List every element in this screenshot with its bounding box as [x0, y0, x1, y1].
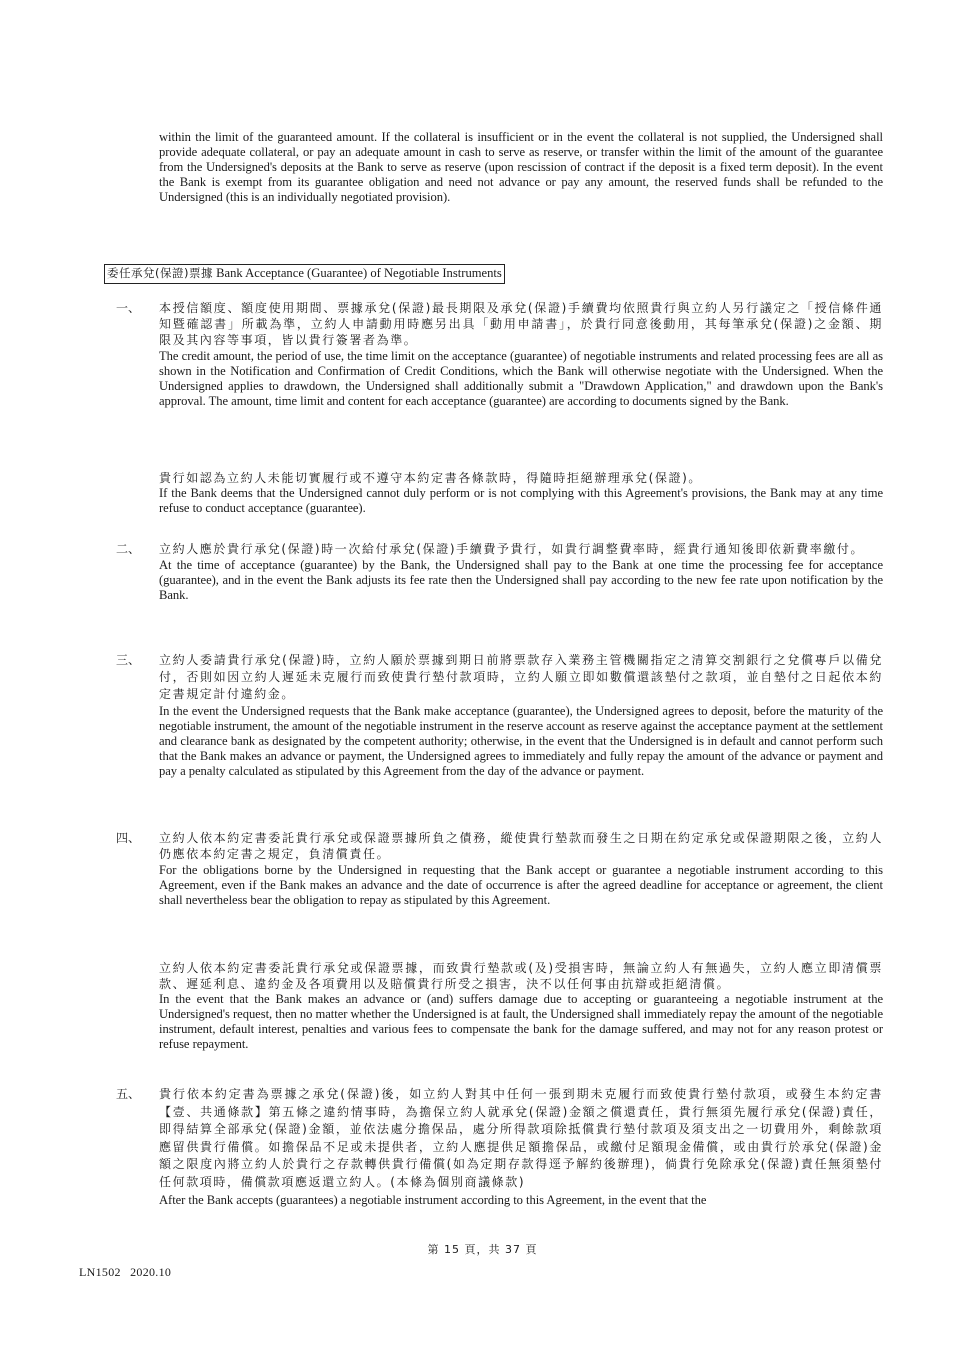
clause-item-2: 二、 立約人應於貴行承兌(保證)時一次給付承兌(保證)手續費予貴行，如貴行調整費…	[116, 541, 883, 603]
document-page: within the limit of the guaranteed amoun…	[0, 0, 965, 1365]
clause-text-en: For the obligations borne by the Undersi…	[159, 863, 883, 908]
section-heading-en: Bank Acceptance (Guarantee) of Negotiabl…	[216, 266, 502, 280]
page-indicator: 第 15 頁，共 37 頁	[0, 1241, 965, 1257]
clause-item-5: 五、 貴行依本約定書為票據之承兌(保證)後，如立約人對其中任何一張到期未克履行而…	[116, 1086, 883, 1208]
clause-text-en: The credit amount, the period of use, th…	[159, 349, 883, 409]
clause-text-zh: 立約人委請貴行承兌(保證)時，立約人願於票據到期日前將票款存入業務主管機關指定之…	[159, 652, 883, 703]
section-heading: 委任承兌(保證)票據 Bank Acceptance (Guarantee) o…	[104, 264, 505, 284]
clause-text-en: After the Bank accepts (guarantees) a ne…	[159, 1193, 883, 1208]
clause-text-zh: 貴行依本約定書為票據之承兌(保證)後，如立約人對其中任何一張到期未克履行而致使貴…	[159, 1086, 883, 1191]
clause-subparagraph-1: 貴行如認為立約人未能切實履行或不遵守本約定書各條款時，得隨時拒絕辦理承兌(保證)…	[159, 470, 883, 516]
section-heading-zh: 委任承兌(保證)票據	[107, 266, 213, 280]
subparagraph-text-en: If the Bank deems that the Undersigned c…	[159, 486, 883, 516]
clause-text-zh: 立約人應於貴行承兌(保證)時一次給付承兌(保證)手續費予貴行，如貴行調整費率時，…	[159, 541, 883, 557]
clause-item-4: 四、 立約人依本約定書委託貴行承兌或保證票據所負之債務，縱使貴行墊款而發生之日期…	[116, 830, 883, 908]
clause-text-zh: 立約人依本約定書委託貴行承兌或保證票據所負之債務，縱使貴行墊款而發生之日期在約定…	[159, 830, 883, 862]
clause-item-3: 三、 立約人委請貴行承兌(保證)時，立約人願於票據到期日前將票款存入業務主管機關…	[116, 652, 883, 779]
form-code-footer: LN1502 2020.10	[79, 1265, 171, 1280]
subparagraph-text-zh: 貴行如認為立約人未能切實履行或不遵守本約定書各條款時，得隨時拒絕辦理承兌(保證)…	[159, 470, 883, 486]
clause-subparagraph-4: 立約人依本約定書委託貴行承兌或保證票據，而致貴行墊款或(及)受損害時，無論立約人…	[159, 960, 883, 1052]
version-date: 2020.10	[130, 1265, 171, 1279]
clause-number: 四、	[116, 830, 156, 846]
clause-number: 一、	[116, 300, 156, 316]
subparagraph-text-en: In the event that the Bank makes an adva…	[159, 992, 883, 1052]
form-code: LN1502	[79, 1265, 121, 1279]
subparagraph-text-zh: 立約人依本約定書委託貴行承兌或保證票據，而致貴行墊款或(及)受損害時，無論立約人…	[159, 960, 883, 992]
clause-text-zh: 本授信額度、額度使用期間、票據承兌(保證)最長期限及承兌(保證)手續費均依照貴行…	[159, 300, 883, 348]
clause-text-en: In the event the Undersigned requests th…	[159, 704, 883, 779]
clause-number: 二、	[116, 541, 156, 557]
intro-continuation-paragraph: within the limit of the guaranteed amoun…	[159, 130, 883, 205]
clause-text-en: At the time of acceptance (guarantee) by…	[159, 558, 883, 603]
clause-item-1: 一、 本授信額度、額度使用期間、票據承兌(保證)最長期限及承兌(保證)手續費均依…	[116, 300, 883, 409]
clause-number: 五、	[116, 1086, 156, 1102]
clause-number: 三、	[116, 652, 156, 668]
